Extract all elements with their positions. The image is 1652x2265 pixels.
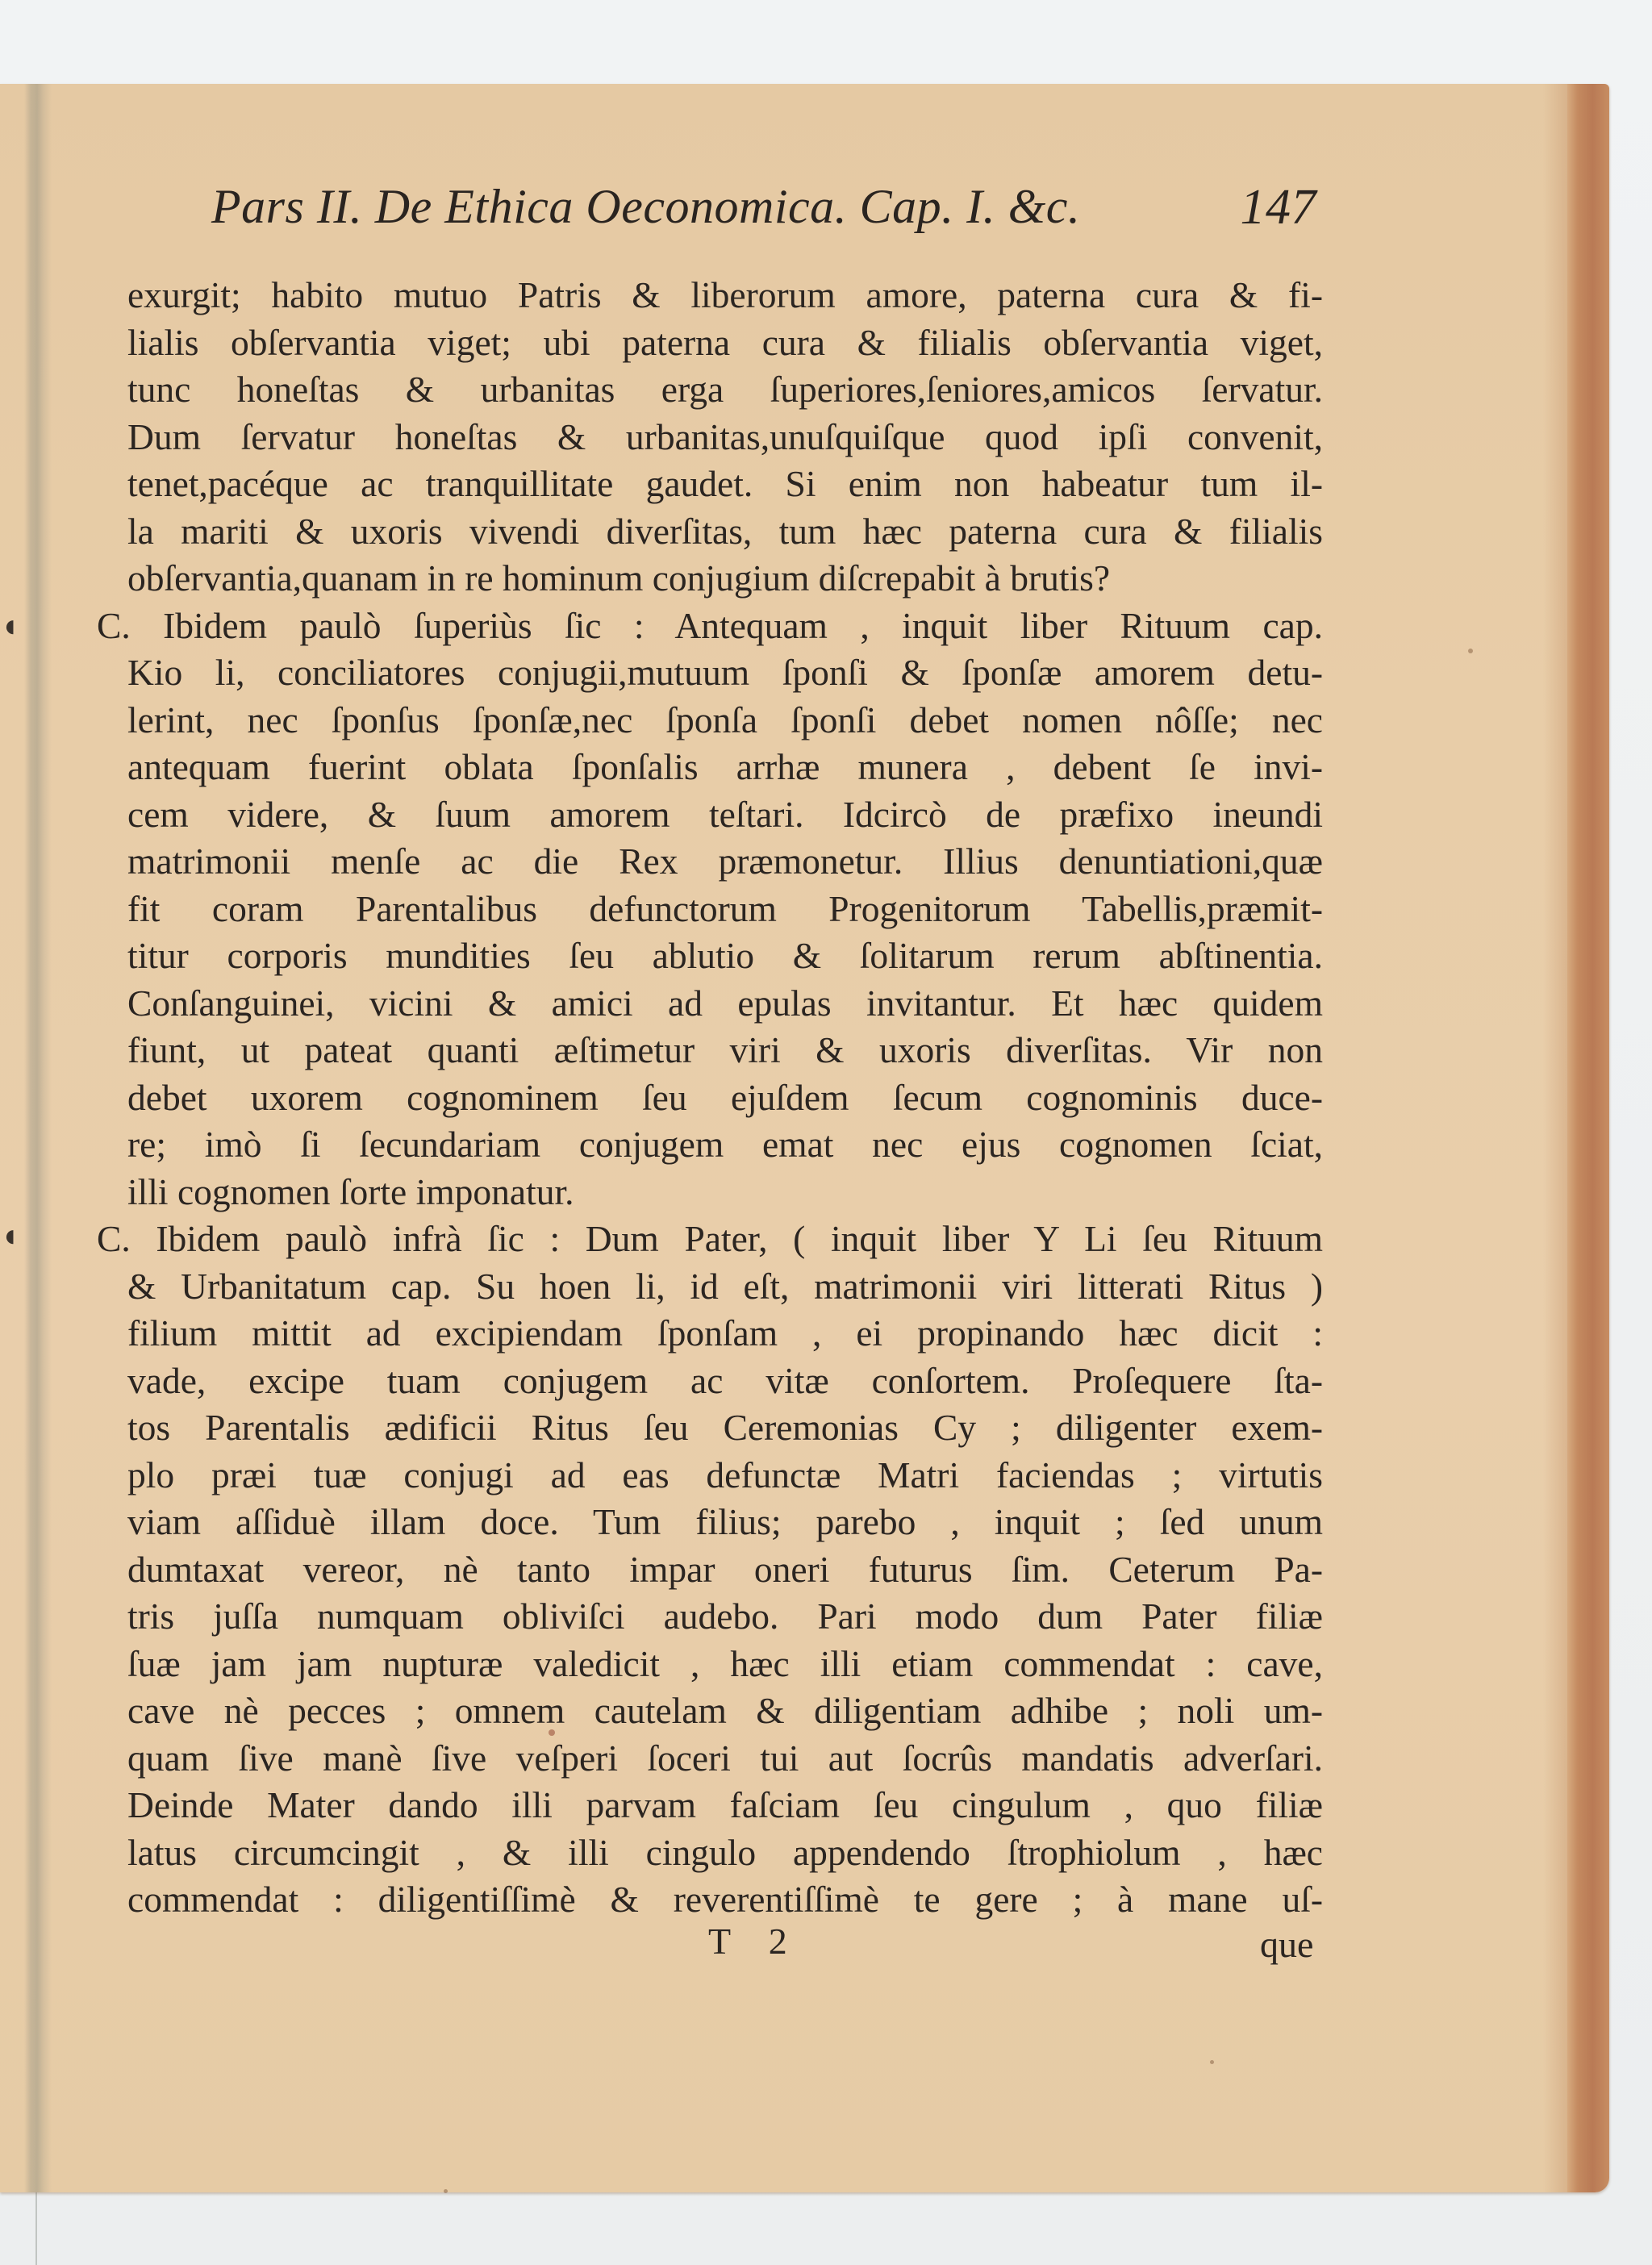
text-line: cave nè pecces ; omnem cautelam & dilige… (97, 1687, 1323, 1735)
text-line: Kio li, conciliatores conjugii,mutuum ſp… (97, 649, 1323, 697)
text-line: cem videre, & ſuum amorem teſtari. Idcir… (97, 791, 1323, 839)
text-line: re; imò ſi ſecundariam conjugem emat nec… (97, 1121, 1323, 1169)
text-line: fiunt, ut pateat quanti æſtimetur viri &… (97, 1027, 1323, 1074)
paragraph-start-line: C. Ibidem paulò infrà ſic : Dum Pater, (… (97, 1216, 1323, 1263)
text-line: latus circumcingit , & illi cingulo appe… (97, 1829, 1323, 1877)
text-line: antequam fuerint oblata ſponſalis arrhæ … (97, 744, 1323, 791)
text-line: viam aſſiduè illam doce. Tum filius; par… (97, 1499, 1323, 1546)
body-text: exurgit; habito mutuo Patris & liberorum… (97, 272, 1323, 1924)
paper-speck (1468, 649, 1473, 653)
margin-mark: ◖ (0, 1216, 19, 1254)
catchword: que (1260, 1923, 1313, 1966)
text-line: plo præi tuæ conjugi ad eas defunctæ Mat… (97, 1452, 1323, 1500)
text-line: lerint, nec ſponſus ſponſæ,nec ſponſa ſp… (97, 697, 1323, 745)
text-line: illi cognomen ſorte imponatur. (97, 1169, 1323, 1216)
text-line: matrimonii menſe ac die Rex præmonetur. … (97, 838, 1323, 886)
margin-mark: ◖ (0, 607, 19, 644)
text-line: & Urbanitatum cap. Su hoen li, id eſt, m… (97, 1263, 1323, 1311)
text-line: tunc honeſtas & urbanitas erga ſuperiore… (97, 366, 1323, 414)
text-line: debet uxorem cognominem ſeu ejuſdem ſecu… (97, 1074, 1323, 1122)
page-fore-edge (1567, 84, 1609, 2192)
text-line: tenet,pacéque ac tranquillitate gaudet. … (97, 461, 1323, 508)
running-head: Pars II. De Ethica Oeconomica. Cap. I. &… (211, 179, 1316, 236)
text-line: obſervantia,quanam in re hominum conjugi… (97, 555, 1323, 603)
text-line: la mariti & uxoris vivendi diverſitas, t… (97, 508, 1323, 556)
page-edge-shadow (1543, 84, 1567, 2192)
page-number: 147 (1241, 179, 1317, 236)
text-line: lialis obſervantia viget; ubi paterna cu… (97, 319, 1323, 367)
text-line: Deinde Mater dando illi parvam faſciam ſ… (97, 1782, 1323, 1829)
paragraph-start-line: C. Ibidem paulò ſuperiùs ſic : Antequam … (97, 603, 1323, 650)
paper-speck (1210, 2060, 1214, 2064)
text-line: dumtaxat vereor, nè tanto impar oneri fu… (97, 1546, 1323, 1594)
text-line: tos Parentalis ædificii Ritus ſeu Ceremo… (97, 1404, 1323, 1452)
text-line: fit coram Parentalibus defunctorum Proge… (97, 886, 1323, 933)
text-line: filium mittit ad excipiendam ſponſam , e… (97, 1310, 1323, 1358)
signature-mark: T 2 (708, 1920, 802, 1963)
running-head-title: Pars II. De Ethica Oeconomica. Cap. I. &… (211, 179, 1080, 235)
text-line: ſuæ jam jam nupturæ valedicit , hæc illi… (97, 1641, 1323, 1688)
text-line: tris juſſa numquam obliviſci audebo. Par… (97, 1593, 1323, 1641)
page-footer: T 2 que (0, 1920, 1609, 1976)
text-line: quam ſive manè ſive veſperi ſoceri tui a… (97, 1735, 1323, 1783)
text-line: vade, excipe tuam conjugem ac vitæ conſo… (97, 1358, 1323, 1405)
text-line: titur corporis mundities ſeu ablutio & ſ… (97, 932, 1323, 980)
text-line: Conſanguinei, vicini & amici ad epulas i… (97, 980, 1323, 1028)
text-line: Dum ſervatur honeſtas & urbanitas,unuſqu… (97, 414, 1323, 461)
text-line: commendat : diligentiſſimè & reverentiſſ… (97, 1876, 1323, 1924)
paper-speck (444, 2189, 448, 2193)
text-line: exurgit; habito mutuo Patris & liberorum… (97, 272, 1323, 319)
